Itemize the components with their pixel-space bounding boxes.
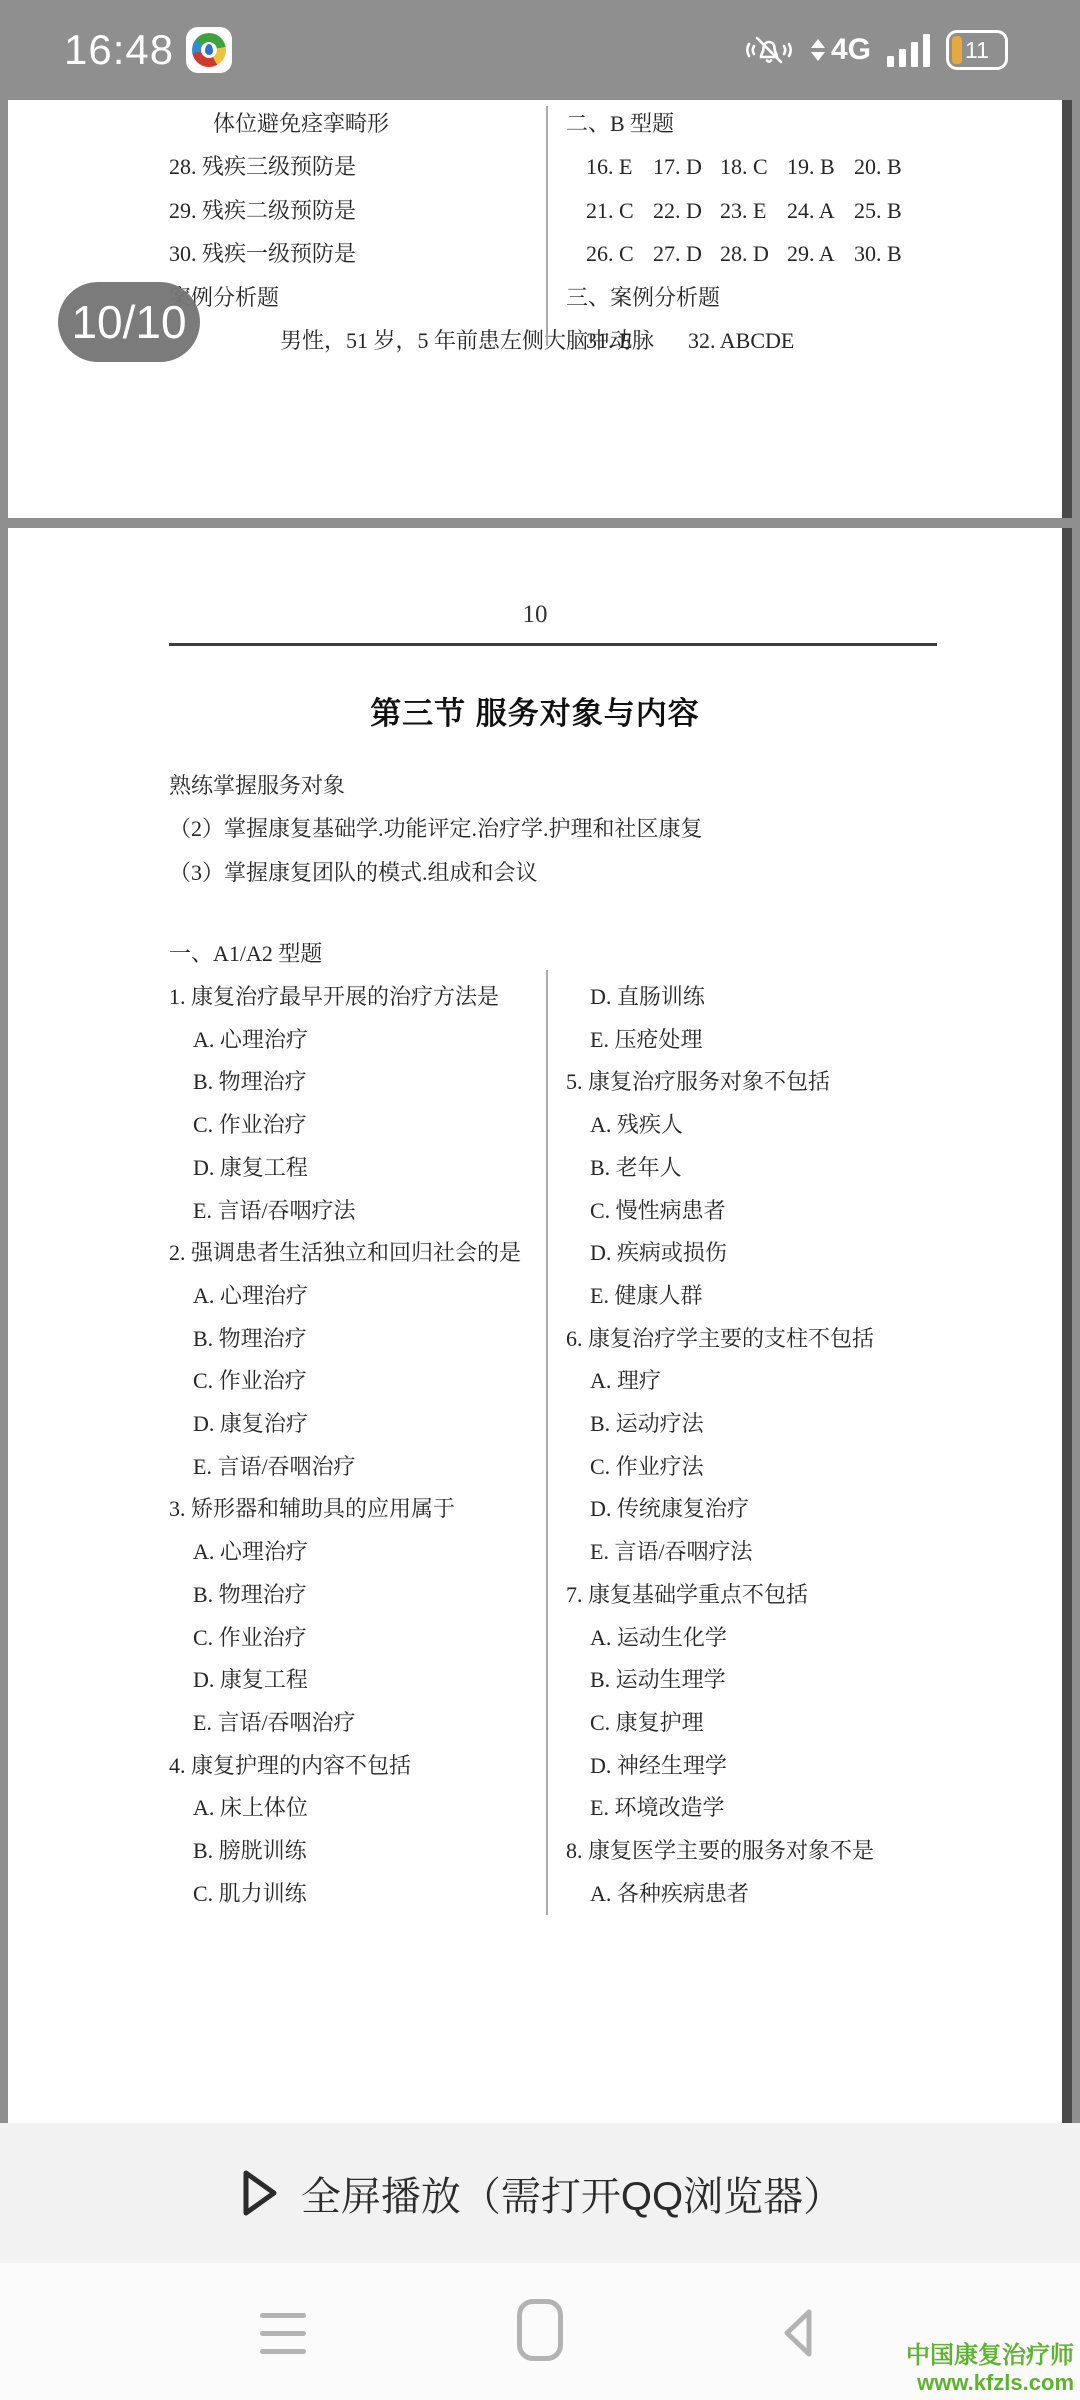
play-icon — [237, 2168, 281, 2218]
play-label: 全屏播放（需打开QQ浏览器） — [301, 2165, 843, 2222]
doc-line: C. 慢性病患者 — [566, 1190, 874, 1233]
doc-line: C. 作业治疗 — [169, 1617, 521, 1660]
doc-line: 8. 康复医学主要的服务对象不是 — [566, 1830, 874, 1873]
doc-line: A. 床上体位 — [169, 1787, 521, 1830]
doc-line: 3. 矫形器和辅助具的应用属于 — [169, 1488, 521, 1531]
doc-line: A. 心理治疗 — [169, 1275, 521, 1318]
doc-line: A. 各种疾病患者 — [566, 1873, 874, 1916]
doc-line: 6. 康复治疗学主要的支柱不包括 — [566, 1318, 874, 1361]
doc-line: E. 压疮处理 — [566, 1019, 874, 1062]
doc-line: 1. 康复治疗最早开展的治疗方法是 — [169, 976, 521, 1019]
nav-back-button[interactable] — [778, 2305, 816, 2364]
answer-item: 32. ABCDE — [688, 319, 794, 362]
doc-line: B. 物理治疗 — [169, 1318, 521, 1361]
answer-item: 17. D — [653, 145, 720, 188]
document-page-main: 10 第三节 服务对象与内容 熟练掌握服务对象（2）掌握康复基础学.功能评定.治… — [8, 528, 1072, 2123]
column-divider — [546, 970, 548, 1915]
data-arrows-icon — [811, 39, 825, 61]
watermark-text: 中国康复治疗师 — [906, 2342, 1074, 2369]
doc-line: B. 运动生理学 — [566, 1659, 874, 1702]
answer-item: 23. E — [720, 189, 787, 232]
doc-line: B. 物理治疗 — [169, 1574, 521, 1617]
answers-section-b-heading: 二、B 型题 — [566, 102, 921, 145]
answer-item: 20. B — [854, 145, 921, 188]
doc-line: A. 残疾人 — [566, 1104, 874, 1147]
news-app-icon — [186, 27, 232, 73]
nav-menu-button[interactable] — [260, 2313, 306, 2354]
doc-line: A. 理疗 — [566, 1360, 874, 1403]
answer-row: 26. C27. D28. D29. A30. B — [566, 232, 921, 275]
doc-line: E. 言语/吞咽治疗 — [169, 1446, 521, 1489]
doc-line: A. 运动生化学 — [566, 1617, 874, 1660]
doc-line: C. 作业疗法 — [566, 1446, 874, 1489]
doc-line: 2. 强调患者生活独立和回归社会的是 — [169, 1232, 521, 1275]
page-number: 10 — [8, 601, 1062, 629]
prev-right-column: 二、B 型题 16. E17. D18. C19. B20. B 21. C22… — [566, 102, 921, 362]
answer-item: 22. D — [653, 189, 720, 232]
answer-item: 19. B — [787, 145, 854, 188]
objective-line: （2）掌握康复基础学.功能评定.治疗学.护理和社区康复 — [169, 807, 703, 850]
doc-line: E. 健康人群 — [566, 1275, 874, 1318]
doc-line: D. 康复治疗 — [169, 1403, 521, 1446]
questions-left-column: 1. 康复治疗最早开展的治疗方法是A. 心理治疗B. 物理治疗C. 作业治疗D.… — [169, 976, 521, 1915]
doc-line: A. 心理治疗 — [169, 1019, 521, 1062]
doc-line: B. 老年人 — [566, 1147, 874, 1190]
objective-line: 熟练掌握服务对象 — [169, 764, 703, 807]
signal-bars-icon — [887, 34, 930, 67]
answer-item: 21. C — [586, 189, 653, 232]
doc-line: D. 直肠训练 — [566, 976, 874, 1019]
doc-line: D. 传统康复治疗 — [566, 1488, 874, 1531]
vibrate-mute-icon — [743, 30, 795, 70]
questions-right-column: D. 直肠训练E. 压疮处理5. 康复治疗服务对象不包括A. 残疾人B. 老年人… — [566, 976, 874, 1915]
back-icon — [778, 2305, 816, 2361]
doc-line: B. 膀胱训练 — [169, 1830, 521, 1873]
answer-item: 28. D — [720, 232, 787, 275]
battery-indicator: 11 — [946, 30, 1008, 70]
case-answer-rows: 31. E32. ABCDE — [566, 319, 921, 362]
doc-line: 7. 康复基础学重点不包括 — [566, 1574, 874, 1617]
doc-line: C. 作业治疗 — [169, 1360, 521, 1403]
answer-item: 26. C — [586, 232, 653, 275]
doc-line: 4. 康复护理的内容不包括 — [169, 1745, 521, 1788]
status-time: 16:48 — [64, 26, 174, 74]
doc-line: C. 作业治疗 — [169, 1104, 521, 1147]
phone-screen: 16:48 4G 11 — [0, 0, 1080, 2400]
battery-level: 11 — [965, 37, 989, 64]
status-icons: 4G 11 — [743, 30, 1008, 70]
doc-line: E. 言语/吞咽治疗 — [169, 1702, 521, 1745]
menu-icon — [260, 2313, 306, 2318]
question-type-heading: 一、A1/A2 型题 — [169, 932, 322, 975]
network-type-label: 4G — [831, 33, 871, 67]
answer-item: 30. B — [854, 232, 921, 275]
doc-line: E. 言语/吞咽疗法 — [566, 1531, 874, 1574]
watermark-site: www.kfzls.com — [906, 2369, 1074, 2396]
nav-home-button[interactable] — [517, 2299, 563, 2361]
status-bar: 16:48 4G 11 — [0, 0, 1080, 100]
doc-line: D. 疾病或损伤 — [566, 1232, 874, 1275]
answer-item: 25. B — [854, 189, 921, 232]
doc-line: C. 肌力训练 — [169, 1873, 521, 1916]
fullscreen-play-button[interactable]: 全屏播放（需打开QQ浏览器） — [0, 2123, 1080, 2263]
battery-fill — [952, 36, 962, 64]
doc-line: D. 康复工程 — [169, 1659, 521, 1702]
header-rule — [169, 643, 937, 646]
answer-item: 18. C — [720, 145, 787, 188]
doc-line: A. 心理治疗 — [169, 1531, 521, 1574]
section-title: 第三节 服务对象与内容 — [8, 688, 1062, 733]
objectives-block: 熟练掌握服务对象（2）掌握康复基础学.功能评定.治疗学.护理和社区康复（3）掌握… — [169, 764, 703, 894]
answer-item: 29. A — [787, 232, 854, 275]
doc-line: 5. 康复治疗服务对象不包括 — [566, 1061, 874, 1104]
answer-row: 31. E32. ABCDE — [566, 319, 921, 362]
answer-item: 31. E — [586, 319, 688, 362]
answer-row: 21. C22. D23. E24. A25. B — [566, 189, 921, 232]
doc-line: B. 物理治疗 — [169, 1061, 521, 1104]
answer-row: 16. E17. D18. C19. B20. B — [566, 145, 921, 188]
answer-item: 24. A — [787, 189, 854, 232]
answer-item: 27. D — [653, 232, 720, 275]
answer-rows: 16. E17. D18. C19. B20. B 21. C22. D23. … — [566, 145, 921, 275]
answers-section-case-heading: 三、案例分析题 — [566, 276, 921, 319]
objective-line: （3）掌握康复团队的模式.组成和会议 — [169, 851, 703, 894]
page-indicator-badge: 10/10 — [58, 282, 200, 362]
navigation-bar: 中国康复治疗师 www.kfzls.com — [0, 2263, 1080, 2400]
doc-line: D. 康复工程 — [169, 1147, 521, 1190]
watermark: 中国康复治疗师 www.kfzls.com — [906, 2342, 1074, 2396]
column-divider — [546, 106, 548, 346]
doc-line: E. 言语/吞咽疗法 — [169, 1190, 521, 1233]
doc-line: E. 环境改造学 — [566, 1787, 874, 1830]
doc-line: C. 康复护理 — [566, 1702, 874, 1745]
doc-line: D. 神经生理学 — [566, 1745, 874, 1788]
app-logo-swirl — [192, 33, 226, 67]
answer-item: 16. E — [586, 145, 653, 188]
doc-line: B. 运动疗法 — [566, 1403, 874, 1446]
